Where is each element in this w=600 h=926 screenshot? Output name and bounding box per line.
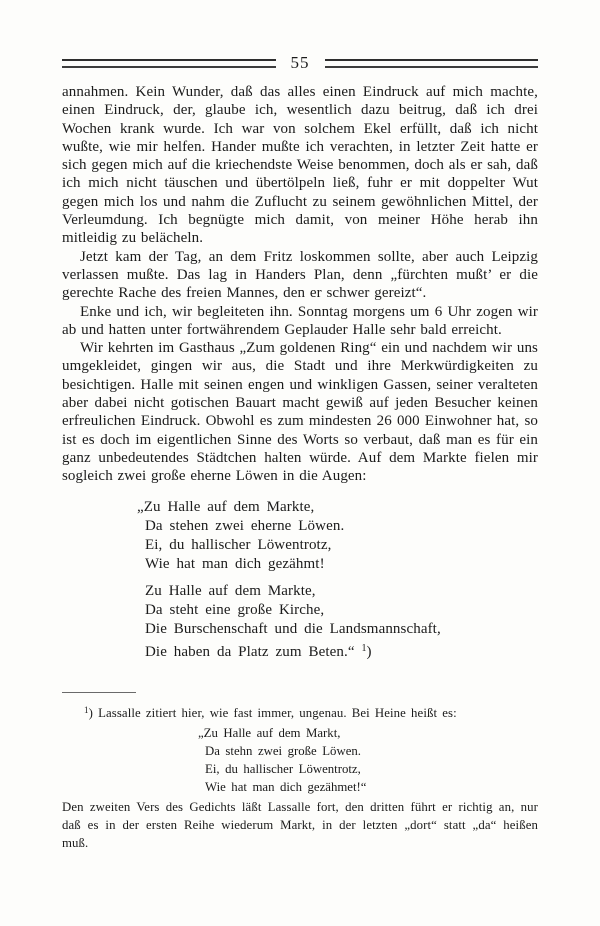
header-rule-right [325, 59, 539, 68]
poem-quotation: „Zu Halle auf dem Markte, Da stehen zwei… [145, 498, 538, 662]
body-paragraph: annahmen. Kein Wunder, daß das alles ein… [62, 83, 538, 248]
footnote-intro-text: Lassalle zitiert hier, wie fast immer, u… [98, 706, 457, 720]
header-rule-left [62, 59, 276, 68]
body-text: annahmen. Kein Wunder, daß das alles ein… [62, 83, 538, 486]
footnote-poem-line: Ei, du hallischer Löwentrotz, [205, 760, 538, 778]
poem-line: Zu Halle auf dem Markte, [145, 582, 538, 601]
body-paragraph: Jetzt kam der Tag, an dem Fritz loskomme… [62, 248, 538, 303]
body-paragraph: Enke und ich, wir begleiteten ihn. Sonnt… [62, 303, 538, 340]
footnote-intro: 1) Lassalle zitiert hier, wie fast immer… [62, 701, 538, 722]
poem-line-text: Die haben da Platz zum Beten.“ [145, 644, 355, 660]
poem-stanza: „Zu Halle auf dem Markte, Da stehen zwei… [145, 498, 538, 574]
footnote-reference-paren: ) [366, 644, 371, 660]
footnote-poem-line: Da stehn zwei große Löwen. [205, 742, 538, 760]
poem-line: Da steht eine große Kirche, [145, 601, 538, 620]
poem-stanza: Zu Halle auf dem Markte, Da steht eine g… [145, 582, 538, 662]
footnote-poem-line: Wie hat man dich gezähmet!“ [205, 778, 538, 796]
poem-line: Die Burschenschaft und die Landsmannscha… [145, 620, 538, 639]
footnote: 1) Lassalle zitiert hier, wie fast immer… [62, 692, 538, 852]
poem-line: Ei, du hallischer Löwentrotz, [145, 536, 538, 555]
footnote-continuation: Den zweiten Vers des Gedichts läßt Lassa… [62, 798, 538, 852]
footnote-separator-rule [62, 692, 136, 693]
footnote-poem: „Zu Halle auf dem Markt, Da stehn zwei g… [205, 724, 538, 796]
running-head: 55 [62, 54, 538, 72]
poem-line: Wie hat man dich gezähmt! [145, 555, 538, 574]
body-paragraph: Wir kehrten im Gasthaus „Zum goldenen Ri… [62, 339, 538, 485]
footnote-marker-paren: ) [89, 706, 98, 720]
poem-line: Die haben da Platz zum Beten.“ 1) [145, 639, 538, 662]
footnote-poem-line: „Zu Halle auf dem Markt, [205, 724, 538, 742]
poem-line: „Zu Halle auf dem Markte, [145, 498, 538, 517]
page-number: 55 [291, 54, 310, 72]
scanned-book-page: 55 annahmen. Kein Wunder, daß das alles … [0, 0, 600, 926]
poem-line: Da stehen zwei eherne Löwen. [145, 517, 538, 536]
